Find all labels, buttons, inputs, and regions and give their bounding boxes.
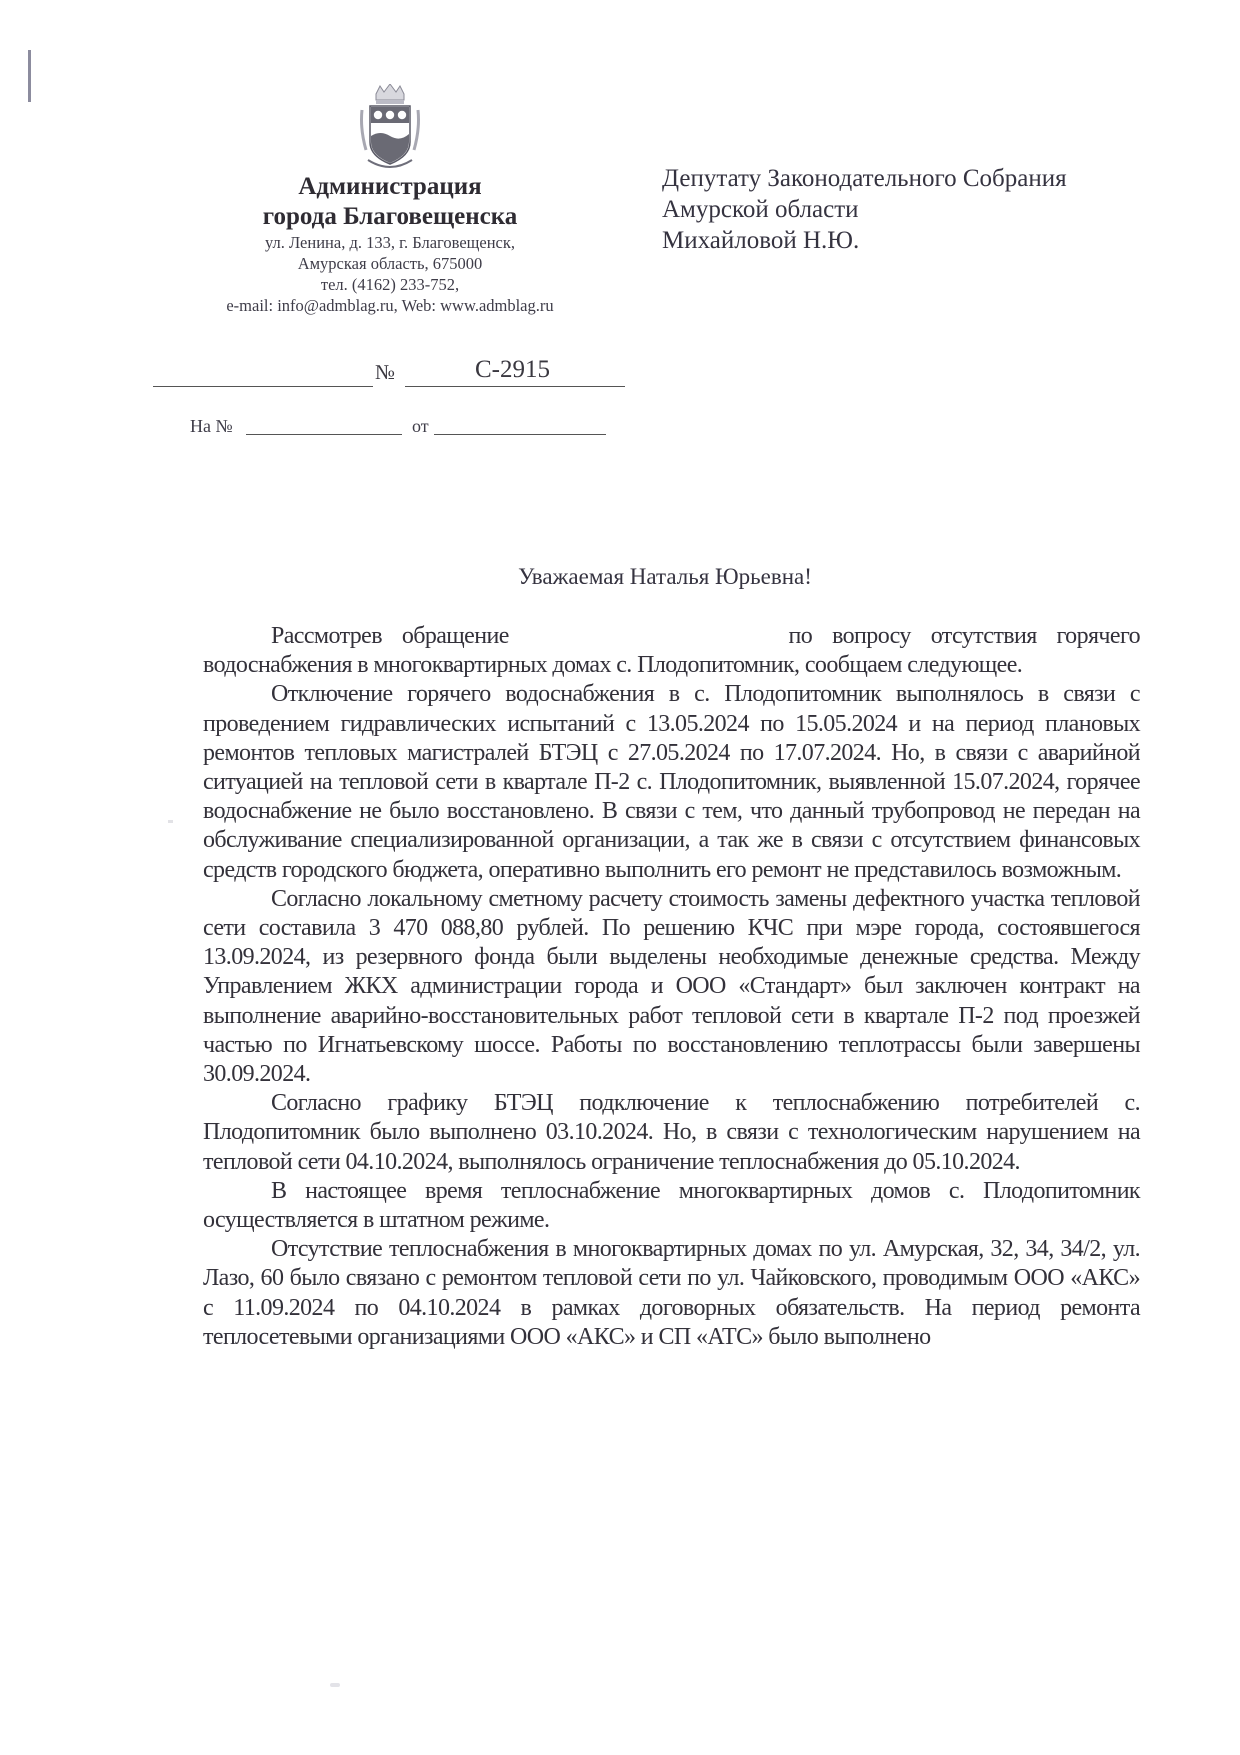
recipient-name: Михайловой Н.Ю. [662,225,1067,256]
number-sign: № [375,360,395,385]
paragraph-2: Отключение горячего водоснабжения в с. П… [203,680,1140,884]
region-line: Амурская область, 675000 [150,253,630,274]
org-name-city: города Благовещенска [150,202,630,232]
coat-of-arms-icon [350,84,430,172]
recipient-block: Депутату Законодательного Собрания Амурс… [662,163,1067,256]
scan-edge-mark [28,50,31,102]
scan-artifact [168,820,173,823]
greeting: Уважаемая Наталья Юрьевна! [0,564,1240,590]
phone-line: тел. (4162) 233-752, [150,274,630,295]
reply-to-number-blank [246,434,402,435]
paragraph-4: Согласно графику БТЭЦ подключение к тепл… [203,1089,1140,1177]
address-line: ул. Ленина, д. 133, г. Благовещенск, [150,232,630,253]
letterhead: Администрация города Благовещенска ул. Л… [150,84,630,316]
registration-number-blank [405,386,625,387]
paragraph-3: Согласно локальному сметному расчету сто… [203,885,1140,1089]
from-label: от [412,416,429,437]
paragraph-5: В настоящее время теплоснабжение многокв… [203,1177,1140,1235]
from-date-blank [434,434,606,435]
registration-number: С-2915 [475,356,550,384]
reply-to-label: На № [190,416,233,437]
recipient-region: Амурской области [662,194,1067,225]
registration-number-row: № С-2915 [153,356,625,388]
registration-date-blank [153,386,373,387]
paragraph-6: Отсутствие теплоснабжения в многоквартир… [203,1235,1140,1352]
recipient-title: Депутату Законодательного Собрания [662,163,1067,194]
scan-artifact [330,1683,340,1687]
contacts-line: e-mail: info@admblag.ru, Web: www.admbla… [150,295,630,316]
letter-body: Рассмотрев обращение по вопросу отсутств… [203,622,1140,1352]
paragraph-1: Рассмотрев обращение по вопросу отсутств… [203,622,1140,680]
org-name: Администрация [150,172,630,202]
